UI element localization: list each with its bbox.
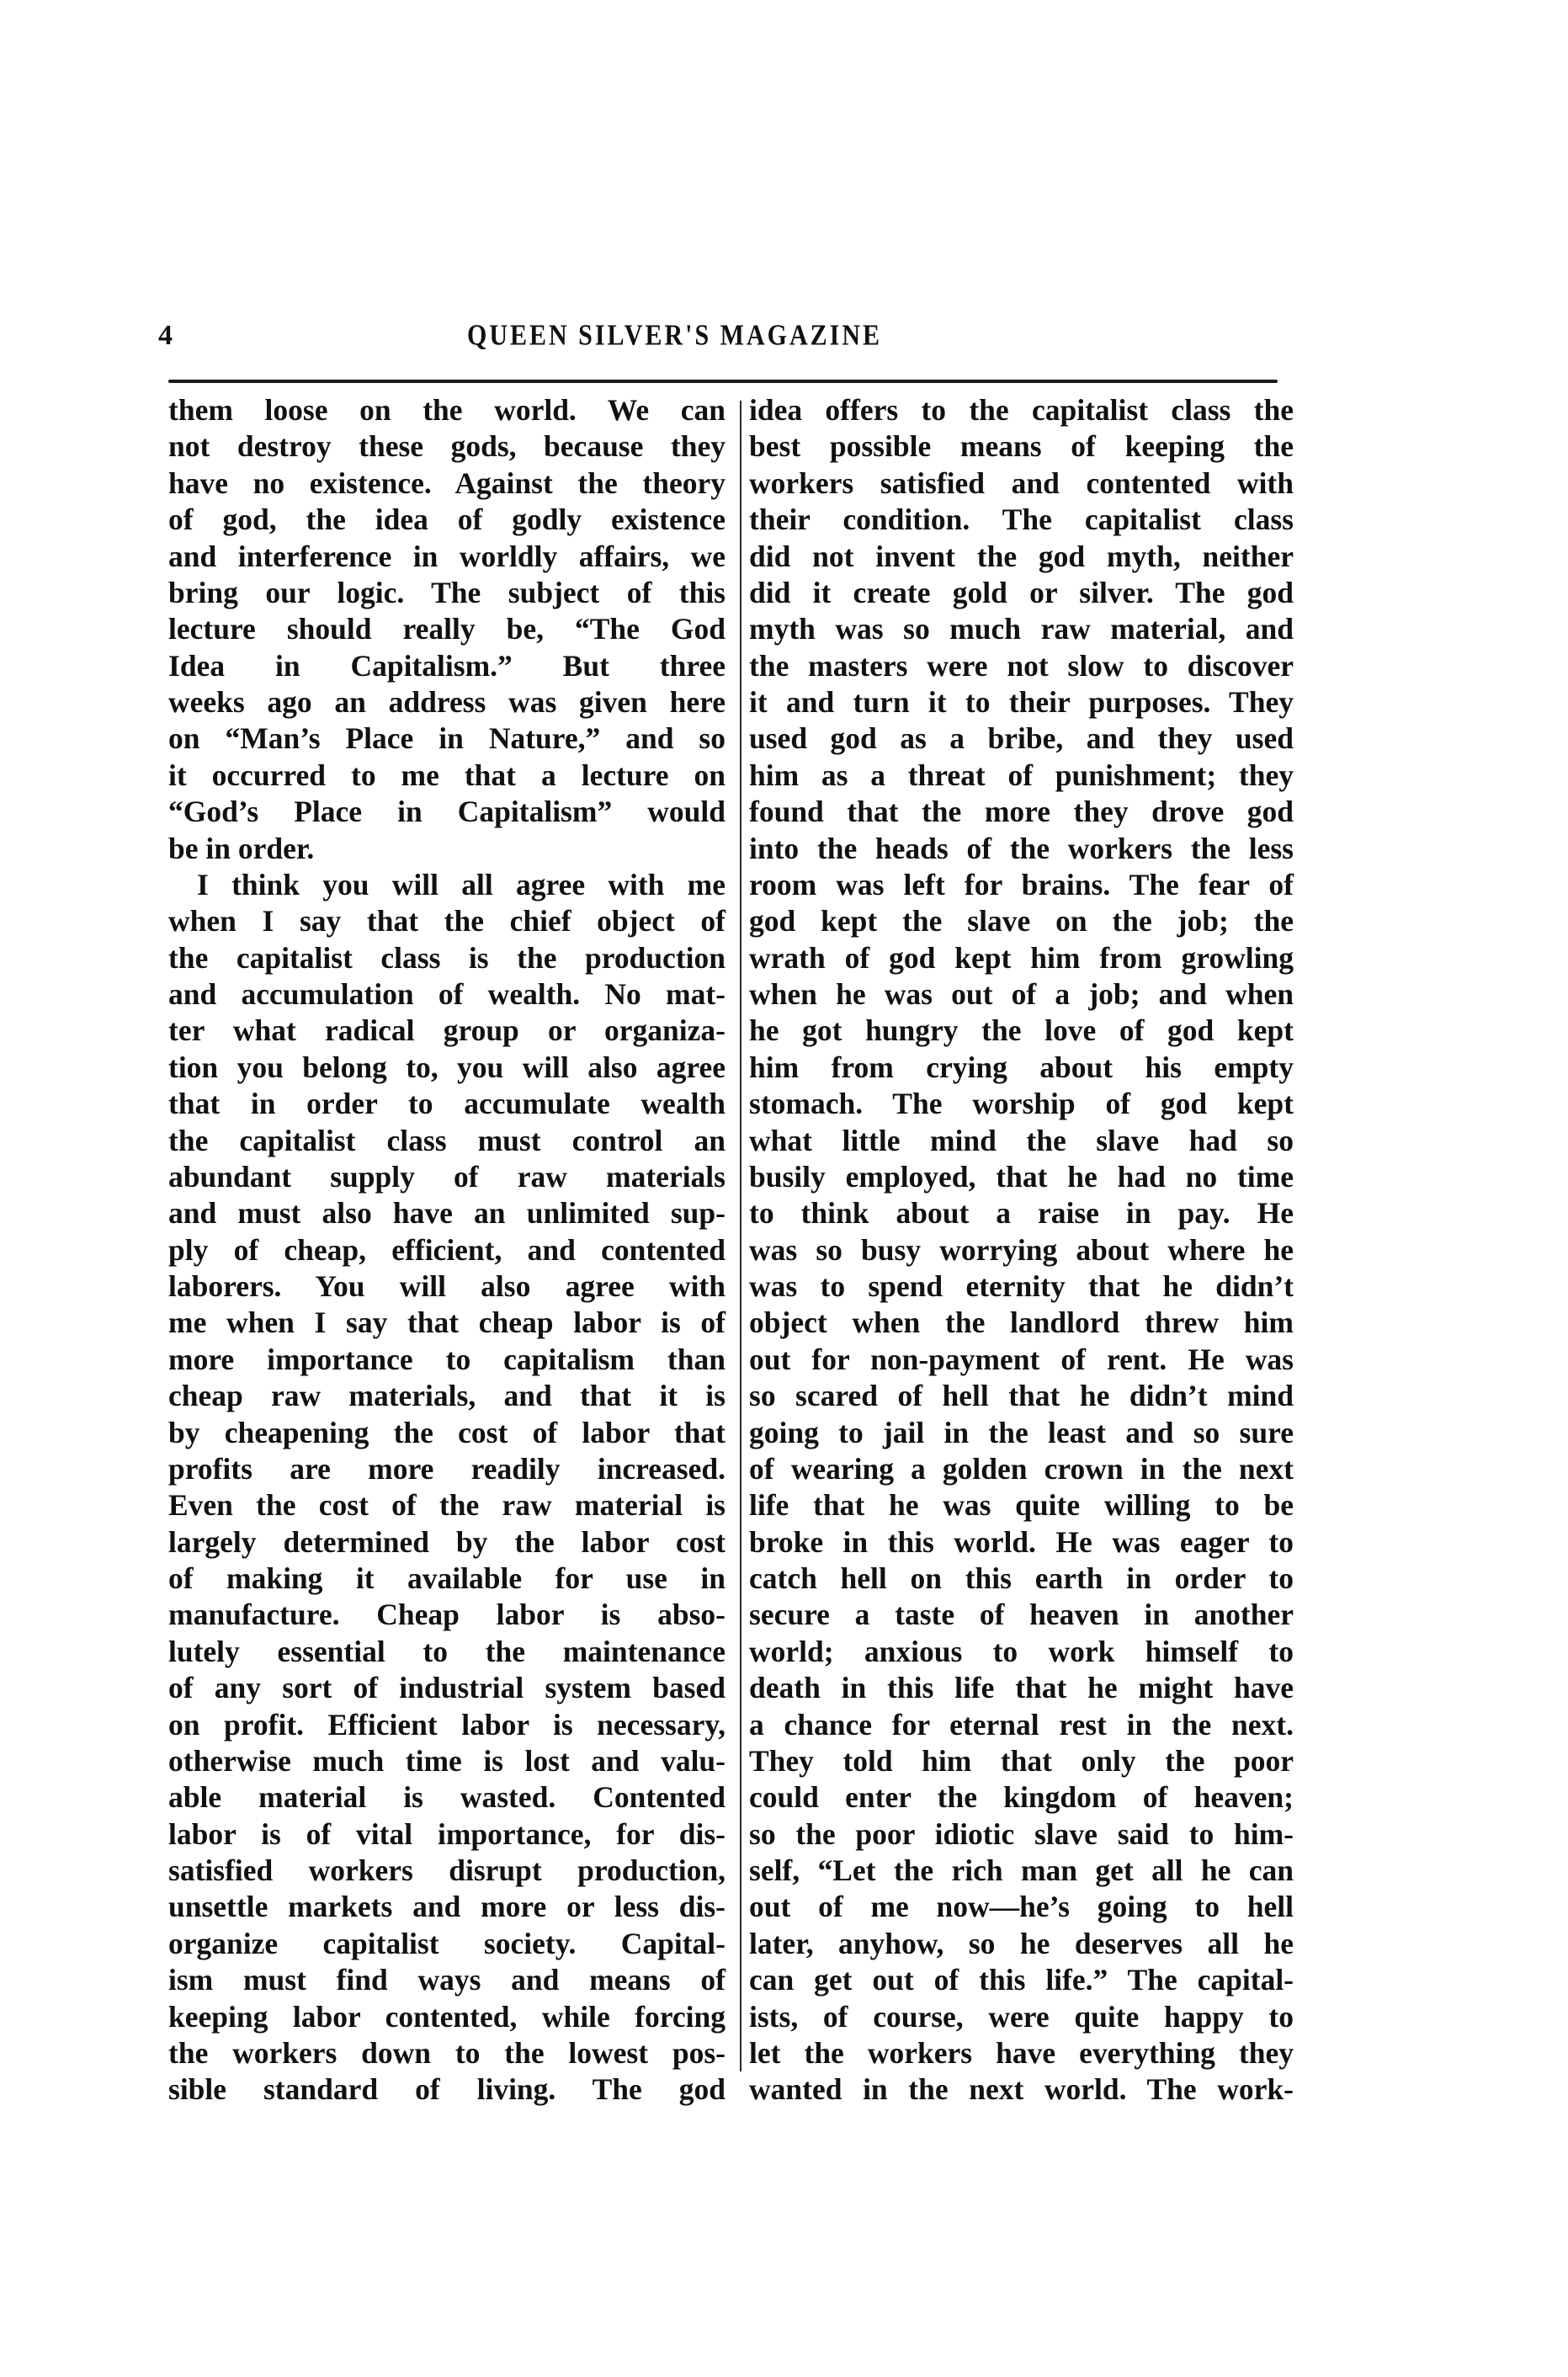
text-line: self, “Let the rich man get all he can [749, 1853, 1294, 1889]
magazine-title: QUEEN SILVER'S MAGAZINE [467, 319, 882, 351]
text-line: secure a taste of heaven in another [749, 1597, 1294, 1633]
text-line: a chance for eternal rest in the next. [749, 1707, 1294, 1743]
text-line: keeping labor contented, while forcing [168, 1999, 726, 2035]
text-line: lutely essential to the maintenance [168, 1634, 726, 1670]
text-line: organize capitalist society. Capital- [168, 1926, 726, 1962]
left-column: them loose on the world. We cannot destr… [168, 392, 726, 2108]
text-line: labor is of vital importance, for dis- [168, 1816, 726, 1853]
text-line: broke in this world. He was eager to [749, 1524, 1294, 1561]
text-line: him from crying about his empty [749, 1050, 1294, 1086]
text-line: and must also have an unlimited sup- [168, 1195, 726, 1231]
text-line: their condition. The capitalist class [749, 502, 1294, 538]
text-line: found that the more they drove god [749, 794, 1294, 830]
text-line: going to jail in the least and so sure [749, 1415, 1294, 1451]
text-line: out of me now—he’s going to hell [749, 1889, 1294, 1925]
text-line: so scared of hell that he didn’t mind [749, 1378, 1294, 1414]
text-line: cheap raw materials, and that it is [168, 1378, 726, 1414]
text-line: the masters were not slow to discover [749, 648, 1294, 684]
text-line: “God’s Place in Capitalism” would [168, 794, 726, 830]
text-line: best possible means of keeping the [749, 428, 1294, 465]
text-line: and accumulation of wealth. No mat- [168, 976, 726, 1013]
text-line: on “Man’s Place in Nature,” and so [168, 721, 726, 757]
column-divider [740, 401, 741, 2071]
text-line: the workers down to the lowest pos- [168, 2035, 726, 2071]
text-line: let the workers have everything they [749, 2035, 1294, 2071]
text-line: was to spend eternity that he didn’t [749, 1268, 1294, 1305]
text-line: Even the cost of the raw material is [168, 1487, 726, 1524]
text-line: by cheapening the cost of labor that [168, 1415, 726, 1451]
right-column: idea offers to the capitalist class theb… [749, 392, 1294, 2108]
text-line: god kept the slave on the job; the [749, 903, 1294, 939]
text-line: wrath of god kept him from growling [749, 940, 1294, 976]
text-line: the capitalist class is the production [168, 940, 726, 976]
text-line: of any sort of industrial system based [168, 1670, 726, 1706]
text-line: object when the landlord threw him [749, 1305, 1294, 1341]
text-line: to think about a raise in pay. He [749, 1195, 1294, 1231]
text-line: of making it available for use in [168, 1561, 726, 1597]
text-line: profits are more readily increased. [168, 1451, 726, 1487]
text-line: did it create gold or silver. The god [749, 575, 1294, 611]
text-line: did not invent the god myth, neither [749, 539, 1294, 575]
text-line: of wearing a golden crown in the next [749, 1451, 1294, 1487]
text-line: workers satisfied and contented with [749, 465, 1294, 502]
text-line: ists, of course, were quite happy to [749, 1999, 1294, 2035]
text-line: death in this life that he might have [749, 1670, 1294, 1706]
text-line: catch hell on this earth in order to [749, 1561, 1294, 1597]
text-line: tion you belong to, you will also agree [168, 1050, 726, 1086]
text-line: later, anyhow, so he deserves all he [749, 1926, 1294, 1962]
header-rule [168, 380, 1278, 383]
text-line: ter what radical group or organiza- [168, 1013, 726, 1049]
text-line: life that he was quite willing to be [749, 1487, 1294, 1524]
text-line: They told him that only the poor [749, 1743, 1294, 1779]
text-line: busily employed, that he had no time [749, 1159, 1294, 1195]
text-line: out for non-payment of rent. He was [749, 1342, 1294, 1378]
text-line: into the heads of the workers the less [749, 831, 1294, 867]
text-line: him as a threat of punishment; they [749, 758, 1294, 794]
text-line: manufacture. Cheap labor is abso- [168, 1597, 726, 1633]
text-line: have no existence. Against the theory [168, 465, 726, 502]
text-line: that in order to accumulate wealth [168, 1086, 726, 1122]
text-line: lecture should really be, “The God [168, 611, 726, 647]
text-line: when I say that the chief object of [168, 903, 726, 939]
text-line: what little mind the slave had so [749, 1123, 1294, 1159]
text-line: was so busy worrying about where he [749, 1232, 1294, 1268]
text-line: so the poor idiotic slave said to him- [749, 1816, 1294, 1853]
text-line: can get out of this life.” The capital- [749, 1962, 1294, 1998]
text-line: more importance to capitalism than [168, 1342, 726, 1378]
text-line: ism must find ways and means of [168, 1962, 726, 1998]
text-line: on profit. Efficient labor is necessary, [168, 1707, 726, 1743]
text-line: I think you will all agree with me [168, 867, 726, 903]
text-line: myth was so much raw material, and [749, 611, 1294, 647]
text-line: largely determined by the labor cost [168, 1524, 726, 1561]
text-line: he got hungry the love of god kept [749, 1013, 1294, 1049]
text-line: stomach. The worship of god kept [749, 1086, 1294, 1122]
text-line: idea offers to the capitalist class the [749, 392, 1294, 428]
text-line: me when I say that cheap labor is of [168, 1305, 726, 1341]
text-line: be in order. [168, 831, 726, 867]
text-line: unsettle markets and more or less dis- [168, 1889, 726, 1925]
text-line: of god, the idea of godly existence [168, 502, 726, 538]
text-line: them loose on the world. We can [168, 392, 726, 428]
text-line: wanted in the next world. The work- [749, 2071, 1294, 2108]
text-line: not destroy these gods, because they [168, 428, 726, 465]
text-line: laborers. You will also agree with [168, 1268, 726, 1305]
text-line: it and turn it to their purposes. They [749, 684, 1294, 721]
text-line: able material is wasted. Contented [168, 1779, 726, 1816]
running-head: QUEEN SILVER'S MAGAZINE [0, 319, 1568, 352]
text-line: room was left for brains. The fear of [749, 867, 1294, 903]
text-line: otherwise much time is lost and valu- [168, 1743, 726, 1779]
text-line: Idea in Capitalism.” But three [168, 648, 726, 684]
text-line: satisfied workers disrupt production, [168, 1853, 726, 1889]
text-line: world; anxious to work himself to [749, 1634, 1294, 1670]
text-line: could enter the kingdom of heaven; [749, 1779, 1294, 1816]
text-line: and interference in worldly affairs, we [168, 539, 726, 575]
magazine-page: 4 QUEEN SILVER'S MAGAZINE them loose on … [0, 0, 1568, 2377]
text-line: used god as a bribe, and they used [749, 721, 1294, 757]
text-line: sible standard of living. The god [168, 2071, 726, 2108]
text-line: abundant supply of raw materials [168, 1159, 726, 1195]
text-line: it occurred to me that a lecture on [168, 758, 726, 794]
text-line: ply of cheap, efficient, and contented [168, 1232, 726, 1268]
text-line: weeks ago an address was given here [168, 684, 726, 721]
text-line: the capitalist class must control an [168, 1123, 726, 1159]
text-line: when he was out of a job; and when [749, 976, 1294, 1013]
text-line: bring our logic. The subject of this [168, 575, 726, 611]
